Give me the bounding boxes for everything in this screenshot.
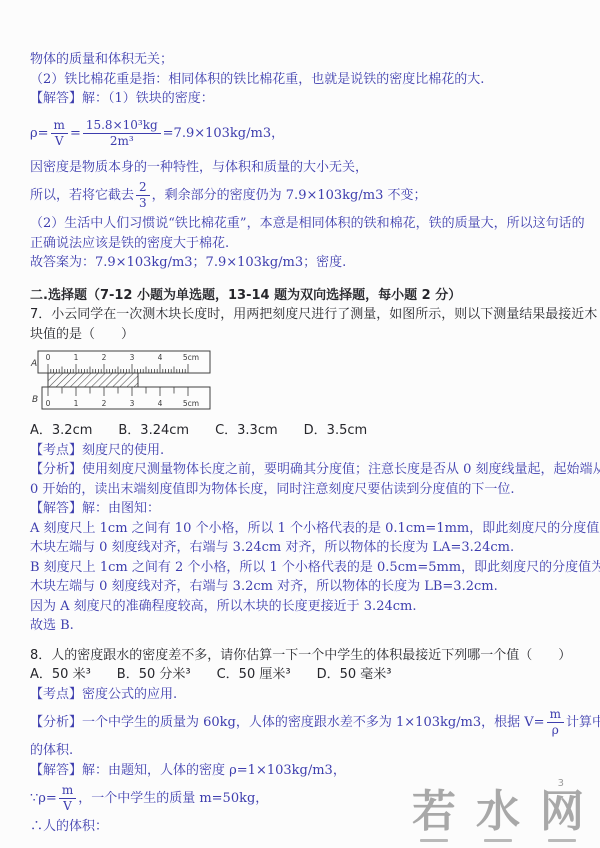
section-header: 二.选择题（7-12 小题为单选题，13-14 题为双向选择题，每小题 2 分） — [30, 286, 572, 306]
chosen-answer-line: 故选 B. — [30, 616, 572, 636]
question-7-stem: 块值的是（ ） — [30, 325, 572, 345]
formula-equals: = — [70, 124, 81, 144]
fenxi-line: 的体积. — [30, 741, 572, 761]
answer-line: （2）铁比棉花重是指：相同体积的铁比棉花重，也就是说铁的密度比棉花的大. — [30, 70, 572, 90]
fenxi-line: 【分析】使用刻度尺测量物体长度之前，要明确其分度值；注意长度是否从 0 刻度线量… — [30, 460, 572, 480]
ruler-figure: A 0 1 2 3 4 5cm B 0 1 2 3 4 5cm — [30, 349, 572, 417]
answer-line: （2）生活中人们习惯说“铁比棉花重”，本意是相同体积的铁和棉花，铁的质量大，所以… — [30, 214, 572, 234]
ruler-a-label: A — [30, 359, 37, 369]
ruler-a-num: 0 — [46, 353, 51, 362]
formula-result: =7.9×103kg/m3， — [163, 124, 284, 144]
watermark-subtext — [484, 839, 512, 842]
option-a: A．3.2cm — [30, 421, 92, 441]
option-d: D．3.5cm — [304, 421, 368, 441]
fenxi-line-with-fraction: 【分析】一个中学生的质量为 60kg，人体的密度跟水差不多为 1×103kg/m… — [30, 708, 572, 738]
kaodian-line: 【考点】刻度尺的使用. — [30, 441, 572, 461]
ruler-b-label: B — [32, 395, 38, 405]
answer-line: 正确说法应该是铁的密度大于棉花. — [30, 234, 572, 254]
answer-line-with-fraction: 所以，若将它截去 2 3 ，剩余部分的密度仍为 7.9×103kg/m3 不变； — [30, 181, 572, 211]
option-c: C．3.3cm — [215, 421, 278, 441]
fraction-m-over-rho: m ρ — [547, 708, 564, 738]
watermark-subtext — [548, 839, 576, 842]
option-b: B．50 分米³ — [117, 665, 191, 685]
watermark-char: 网 — [540, 790, 584, 842]
watermark-subtext — [420, 839, 448, 842]
exam-answer-page: 物体的质量和体积无关； （2）铁比棉花重是指：相同体积的铁比棉花重，也就是说铁的… — [0, 0, 600, 848]
ruler-a-num: 4 — [158, 353, 163, 362]
wood-block — [48, 373, 138, 387]
solution-line: A 刻度尺上 1cm 之间有 10 个小格，所以 1 个小格代表的是 0.1cm… — [30, 519, 572, 539]
fraction-m-over-v: m V — [51, 119, 68, 149]
fenxi-line: 0 开始的，读出末端刻度值即为物体长度，同时注意刻度尺要估读到分度值的下一位. — [30, 480, 572, 500]
jieda-label-line: 【解答】解：（1）铁块的密度： — [30, 89, 572, 109]
question-8-stem: 8．人的密度跟水的密度差不多，请你估算一下一个中学生的体积最接近下列哪一个值（ … — [30, 646, 572, 666]
watermark-char: 若 — [412, 790, 456, 842]
option-a: A．50 米³ — [30, 665, 91, 685]
answer-line: 物体的质量和体积无关； — [30, 50, 572, 70]
solution-line: B 刻度尺上 1cm 之间有 2 个小格，所以 1 个小格代表的是 0.5cm=… — [30, 558, 572, 578]
ruler-a-num: 1 — [74, 353, 79, 362]
answer-line: 因密度是物质本身的一种特性，与体积和质量的大小无关， — [30, 158, 572, 178]
ruler-a-num: 2 — [102, 353, 107, 362]
jieda-line: 【解答】解：由图知： — [30, 499, 572, 519]
ruler-b-num: 2 — [102, 399, 107, 408]
ruler-b-num: 1 — [74, 399, 79, 408]
question-7-stem: 7．小云同学在一次测木块长度时，用两把刻度尺进行了测量，如图所示，则以下测量结果… — [30, 305, 572, 325]
kaodian-line: 【考点】密度公式的应用. — [30, 685, 572, 705]
solution-line: 木块左端与 0 刻度线对齐，右端与 3.2cm 对齐，所以物体的长度为 LB=3… — [30, 577, 572, 597]
fraction-mass-over-volume: 15.8×10³kg 2m³ — [83, 119, 161, 149]
jieda-line: 【解答】解：由题知，人体的密度 ρ=1×103kg/m3， — [30, 761, 572, 781]
question-8-options: A．50 米³ B．50 分米³ C．50 厘米³ D．50 毫米³ — [30, 665, 572, 685]
fraction-m-over-v: m V — [59, 784, 76, 814]
ruler-b-num: 5cm — [183, 399, 199, 408]
solution-line: 因为 A 刻度尺的准确程度较高，所以木块的长度更接近于 3.24cm. — [30, 597, 572, 617]
watermark: 若 水 网 — [412, 790, 584, 842]
formula-lhs: ρ= — [30, 124, 49, 144]
watermark-char: 水 — [476, 790, 520, 842]
ruler-a-num: 5cm — [183, 353, 199, 362]
ruler-a-num: 3 — [130, 353, 135, 362]
density-formula: ρ= m V = 15.8×10³kg 2m³ =7.9×103kg/m3， — [30, 114, 572, 154]
option-c: C．50 厘米³ — [217, 665, 291, 685]
option-b: B．3.24cm — [118, 421, 189, 441]
ruler-b-num: 4 — [158, 399, 163, 408]
question-7-options: A．3.2cm B．3.24cm C．3.3cm D．3.5cm — [30, 421, 572, 441]
solution-line: 木块左端与 0 刻度线对齐，右端与 3.24cm 对齐，所以物体的长度为 LA=… — [30, 538, 572, 558]
ruler-b-num: 3 — [130, 399, 135, 408]
option-d: D．50 毫米³ — [317, 665, 392, 685]
final-answer-line: 故答案为：7.9×103kg/m3；7.9×103kg/m3；密度. — [30, 253, 572, 273]
ruler-b-num: 0 — [46, 399, 51, 408]
fraction-two-thirds: 2 3 — [136, 181, 150, 211]
